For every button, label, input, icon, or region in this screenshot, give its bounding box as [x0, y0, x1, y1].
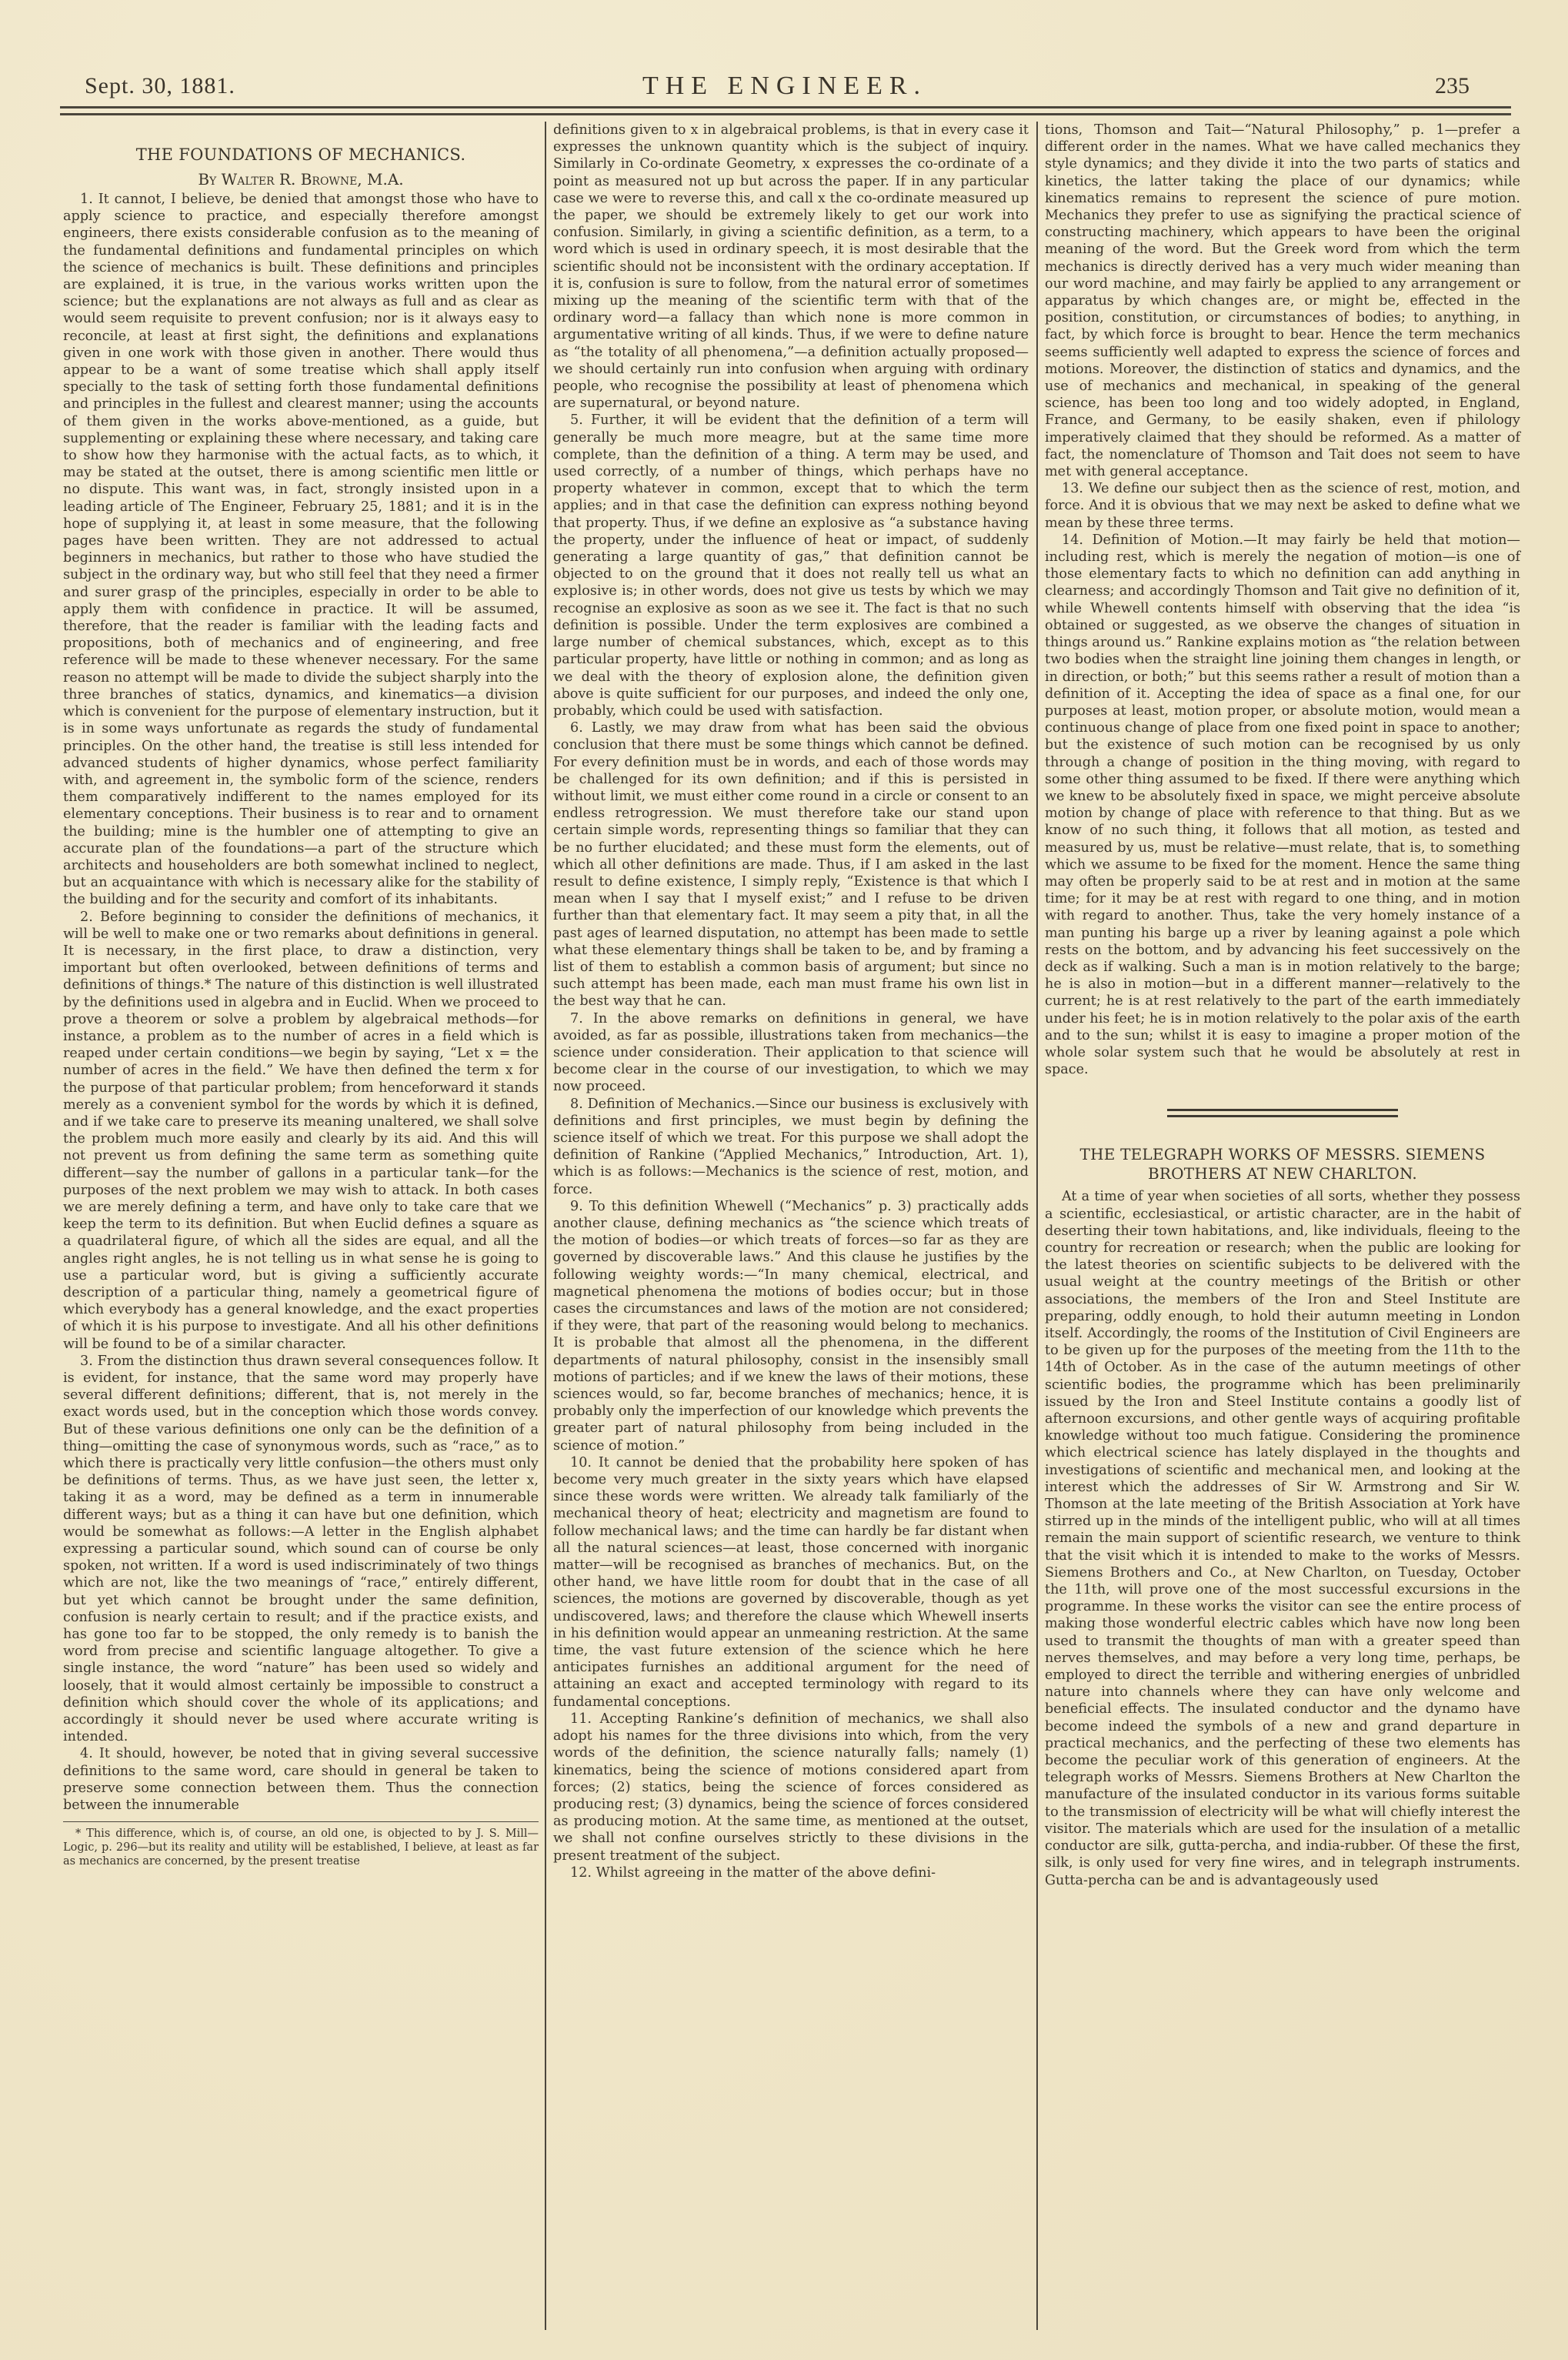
- paragraph: 12. Whilst agreeing in the matter of the…: [553, 1864, 1029, 1881]
- paragraph: 2. Before beginning to consider the defi…: [63, 909, 539, 1353]
- page-number: 235: [1435, 73, 1470, 99]
- paragraph: 14. Definition of Motion.—It may fairly …: [1045, 532, 1520, 1079]
- paragraph: 1. It cannot, I believe, be denied that …: [63, 191, 539, 909]
- paragraph: 4. It should, however, be noted that in …: [63, 1745, 539, 1814]
- article-separator: [1167, 1109, 1398, 1117]
- paragraph: 7. In the above remarks on definitions i…: [553, 1010, 1029, 1096]
- column-3: tions, Thomson and Tait—“Natural Philoso…: [1045, 122, 1520, 1889]
- column-2: definitions given to x in algebraical pr…: [553, 122, 1029, 1881]
- column-divider-2: [1036, 122, 1038, 2330]
- paragraph: At a time of year when societies of all …: [1045, 1188, 1520, 1888]
- article-2-body: At a time of year when societies of all …: [1045, 1188, 1520, 1888]
- paragraph: 8. Definition of Mechanics.—Since our bu…: [553, 1096, 1029, 1198]
- column-1-body: 1. It cannot, I believe, be denied that …: [63, 191, 539, 1814]
- column-2-body: definitions given to x in algebraical pr…: [553, 122, 1029, 1881]
- publication-title: THE ENGINEER.: [62, 72, 1508, 101]
- paragraph: 9. To this definition Whewell (“Mechanic…: [553, 1198, 1029, 1454]
- paragraph: 5. Further, it will be evident that the …: [553, 412, 1029, 719]
- paragraph: 13. We define our subject then as the sc…: [1045, 480, 1520, 532]
- newspaper-page: Sept. 30, 1881. THE ENGINEER. 235 THE FO…: [0, 0, 1568, 2360]
- masthead-rule-top: [60, 106, 1511, 108]
- paragraph: 3. From the distinction thus drawn sever…: [63, 1353, 539, 1746]
- paragraph: 10. It cannot be denied that the probabi…: [553, 1454, 1029, 1711]
- footnote: * This difference, which is, of course, …: [63, 1827, 539, 1868]
- paragraph: 6. Lastly, we may draw from what has bee…: [553, 719, 1029, 1010]
- article-title: THE FOUNDATIONS OF MECHANICS.: [63, 145, 539, 165]
- paragraph: definitions given to x in algebraical pr…: [553, 122, 1029, 412]
- column-divider-1: [545, 122, 546, 2330]
- column-3-body: tions, Thomson and Tait—“Natural Philoso…: [1045, 122, 1520, 1078]
- article-2-title: THE TELEGRAPH WORKS OF MESSRS. SIEMENS B…: [1045, 1145, 1520, 1183]
- column-1: THE FOUNDATIONS OF MECHANICS. By Walter …: [63, 122, 539, 1868]
- article-byline: By Walter R. Browne, M.A.: [63, 169, 539, 189]
- paragraph: 11. Accepting Rankine’s definition of me…: [553, 1711, 1029, 1864]
- masthead: Sept. 30, 1881. THE ENGINEER. 235: [62, 65, 1508, 112]
- paragraph: tions, Thomson and Tait—“Natural Philoso…: [1045, 122, 1520, 480]
- footnote-rule: [63, 1821, 539, 1822]
- masthead-rule-bottom: [60, 113, 1511, 115]
